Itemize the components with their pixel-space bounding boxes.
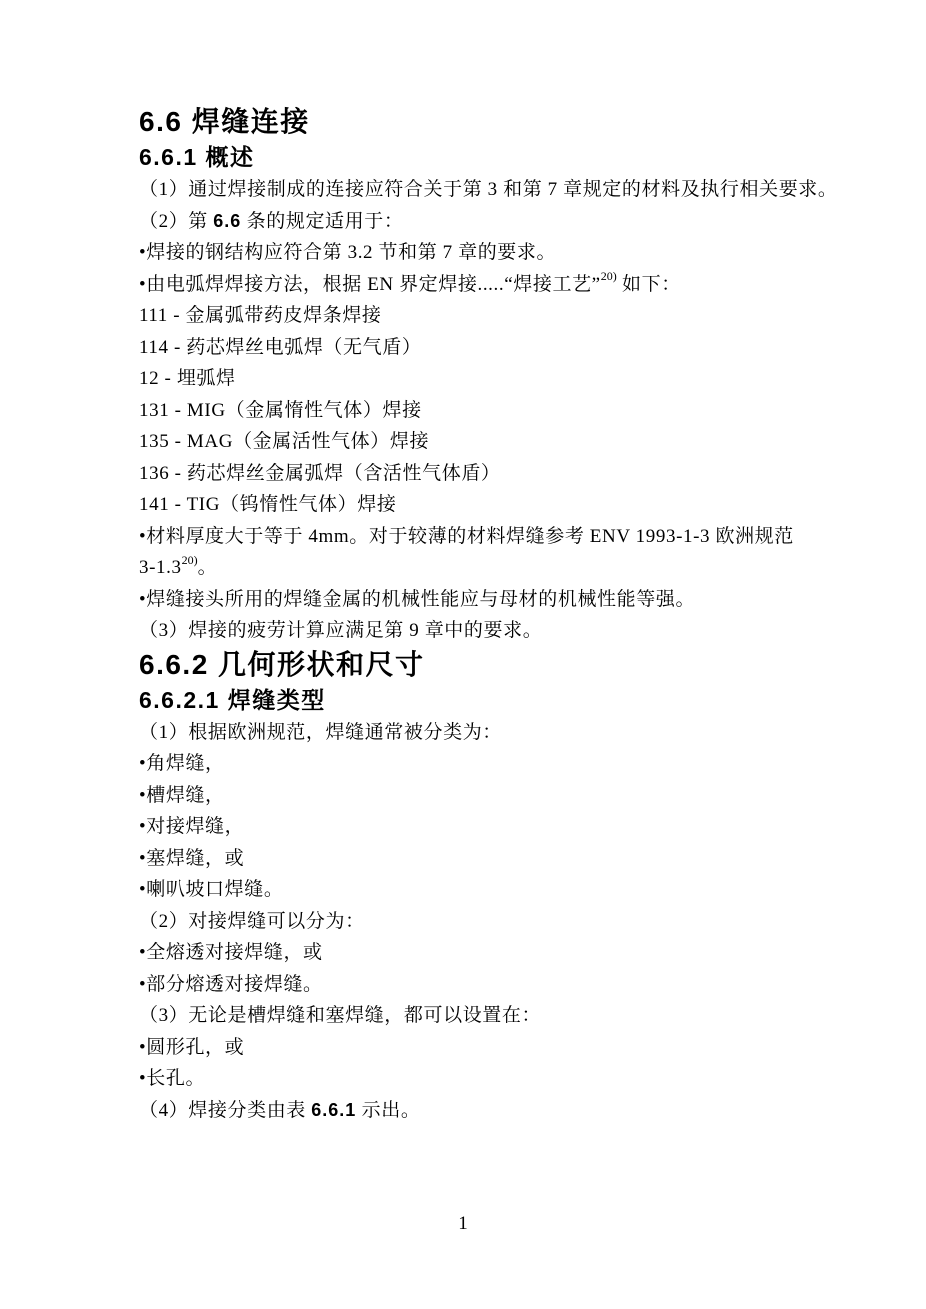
standard-ref-punct: 。 (198, 557, 218, 578)
paragraph-6: （3）无论是槽焊缝和塞焊缝，都可以设置在： (139, 1000, 836, 1032)
weld-process-item-12: 12 - 埋弧焊 (139, 363, 836, 395)
bullet-item-fillet-weld: •角焊缝， (139, 748, 836, 780)
bullet-item-arc-welding-text-after: 如下： (617, 274, 681, 295)
bullet-item-slot-weld: •槽焊缝， (139, 780, 836, 812)
bullet-item-flare-groove-weld: •喇叭坡口焊缝。 (139, 874, 836, 906)
weld-process-item-135: 135 - MAG（金属活性气体）焊接 (139, 426, 836, 458)
paragraph-2-text-after: 条的规定适用于： (241, 211, 403, 232)
weld-process-item-131: 131 - MIG（金属惰性气体）焊接 (139, 395, 836, 427)
bullet-item-arc-welding-text: •由电弧焊焊接方法，根据 EN 界定焊接.....“焊接工艺” (139, 274, 601, 295)
bullet-item-circular-hole: •圆形孔，或 (139, 1032, 836, 1064)
bullet-item-butt-weld: •对接焊缝， (139, 811, 836, 843)
bullet-item-plug-weld: •塞焊缝，或 (139, 843, 836, 875)
document-content: 6.6 焊缝连接 6.6.1 概述 （1）通过焊接制成的连接应符合关于第 3 和… (139, 104, 836, 1126)
clause-ref-6-6: 6.6 (213, 211, 241, 231)
weld-process-item-141: 141 - TIG（钨惰性气体）焊接 (139, 489, 836, 521)
weld-process-item-114: 114 - 药芯焊丝电弧焊（无气盾） (139, 332, 836, 364)
paragraph-7-text-after: 示出。 (356, 1100, 420, 1121)
bullet-item-full-penetration: •全熔透对接焊缝，或 (139, 937, 836, 969)
paragraph-3: （3）焊接的疲劳计算应满足第 9 章中的要求。 (139, 615, 836, 647)
bullet-item-elongated-hole: •长孔。 (139, 1063, 836, 1095)
paragraph-2: （2）第 6.6 条的规定适用于： (139, 206, 836, 238)
paragraph-2-text: （2）第 (139, 211, 213, 232)
paragraph-4: （1）根据欧洲规范，焊缝通常被分类为： (139, 717, 836, 749)
section-heading-6-6-1: 6.6.1 概述 (139, 140, 836, 174)
weld-process-item-136: 136 - 药芯焊丝金属弧焊（含活性气体盾） (139, 458, 836, 490)
footnote-ref-20: 20) (601, 269, 617, 283)
bullet-item-steel-structure: •焊接的钢结构应符合第 3.2 节和第 7 章的要求。 (139, 237, 836, 269)
footnote-ref-20: 20) (182, 553, 198, 567)
bullet-item-material-thickness-line1: •材料厚度大于等于 4mm。对于较薄的材料焊缝参考 ENV 1993-1-3 欧… (139, 521, 836, 553)
paragraph-5: （2）对接焊缝可以分为： (139, 906, 836, 938)
paragraph-7: （4）焊接分类由表 6.6.1 示出。 (139, 1095, 836, 1127)
bullet-item-material-thickness-line2: 3-1.320)。 (139, 552, 836, 584)
section-heading-6-6-2-1: 6.6.2.1 焊缝类型 (139, 683, 836, 717)
document-page: 6.6 焊缝连接 6.6.1 概述 （1）通过焊接制成的连接应符合关于第 3 和… (0, 0, 926, 1309)
bullet-item-arc-welding: •由电弧焊焊接方法，根据 EN 界定焊接.....“焊接工艺”20) 如下： (139, 269, 836, 301)
table-ref-6-6-1: 6.6.1 (311, 1100, 356, 1120)
bullet-item-partial-penetration: •部分熔透对接焊缝。 (139, 969, 836, 1001)
section-heading-6-6: 6.6 焊缝连接 (139, 104, 836, 140)
paragraph-7-text: （4）焊接分类由表 (139, 1100, 311, 1121)
page-number: 1 (0, 1213, 926, 1235)
paragraph-1: （1）通过焊接制成的连接应符合关于第 3 和第 7 章规定的材料及执行相关要求。 (139, 174, 836, 206)
bullet-item-weld-metal: •焊缝接头所用的焊缝金属的机械性能应与母材的机械性能等强。 (139, 584, 836, 616)
weld-process-item-111: 111 - 金属弧带药皮焊条焊接 (139, 300, 836, 332)
section-heading-6-6-2: 6.6.2 几何形状和尺寸 (139, 647, 836, 683)
standard-ref-3-1-3: 3-1.3 (139, 557, 182, 578)
